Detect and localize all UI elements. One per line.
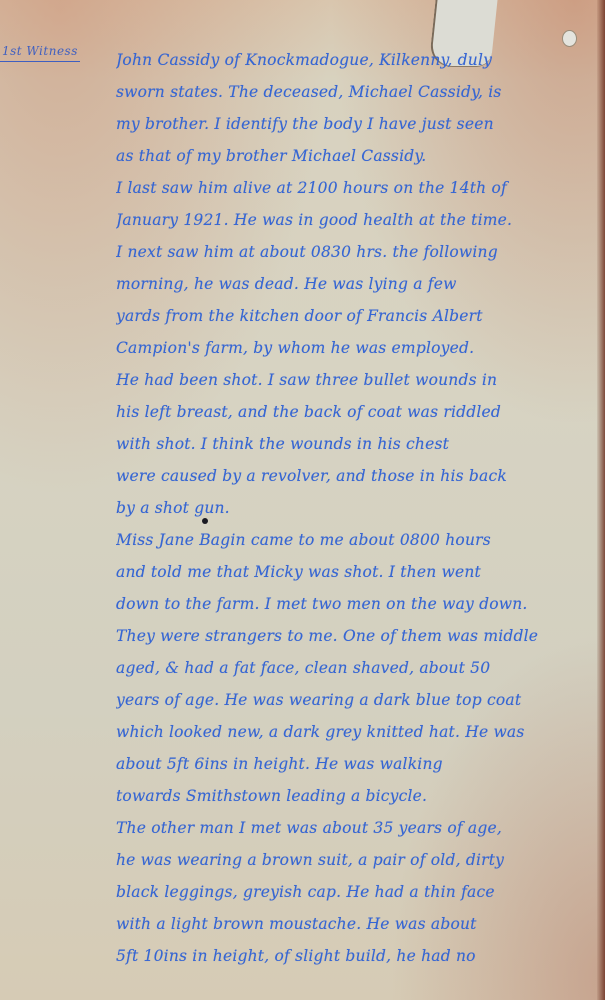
statement-line: years of age. He was wearing a dark blue… [116, 684, 601, 716]
statement-line: He had been shot. I saw three bullet wou… [116, 364, 601, 396]
statement-line: They were strangers to me. One of them w… [116, 620, 601, 652]
statement-line: I next saw him at about 0830 hrs. the fo… [116, 236, 601, 268]
statement-line: as that of my brother Michael Cassidy. [116, 140, 601, 172]
statement-line: I last saw him alive at 2100 hours on th… [116, 172, 601, 204]
statement-line: down to the farm. I met two men on the w… [116, 588, 601, 620]
statement-line: morning, he was dead. He was lying a few [116, 268, 601, 300]
statement-line: with shot. I think the wounds in his che… [116, 428, 601, 460]
statement-line: with a light brown moustache. He was abo… [116, 908, 601, 940]
statement-line: aged, & had a fat face, clean shaved, ab… [116, 652, 601, 684]
statement-line: which looked new, a dark grey knitted ha… [116, 716, 601, 748]
statement-line: sworn states. The deceased, Michael Cass… [116, 76, 601, 108]
statement-line: John Cassidy of Knockmadogue, Kilkenny, … [116, 44, 601, 76]
statement-line: 5ft 10ins in height, of slight build, he… [116, 940, 601, 972]
statement-body: John Cassidy of Knockmadogue, Kilkenny, … [116, 44, 601, 972]
statement-line: my brother. I identify the body I have j… [116, 108, 601, 140]
statement-line: yards from the kitchen door of Francis A… [116, 300, 601, 332]
statement-line: black leggings, greyish cap. He had a th… [116, 876, 601, 908]
statement-line: January 1921. He was in good health at t… [116, 204, 601, 236]
statement-line: The other man I met was about 35 years o… [116, 812, 601, 844]
statement-line: towards Smithstown leading a bicycle. [116, 780, 601, 812]
statement-line: he was wearing a brown suit, a pair of o… [116, 844, 601, 876]
statement-line: and told me that Micky was shot. I then … [116, 556, 601, 588]
statement-line: about 5ft 6ins in height. He was walking [116, 748, 601, 780]
statement-line: Campion's farm, by whom he was employed. [116, 332, 601, 364]
document-page: 1st Witness John Cassidy of Knockmadogue… [0, 0, 605, 1000]
statement-line: Miss Jane Bagin came to me about 0800 ho… [116, 524, 601, 556]
statement-line: his left breast, and the back of coat wa… [116, 396, 601, 428]
statement-line: by a shot gun. [116, 492, 601, 524]
statement-line: were caused by a revolver, and those in … [116, 460, 601, 492]
margin-note-witness-label: 1st Witness [0, 44, 80, 62]
